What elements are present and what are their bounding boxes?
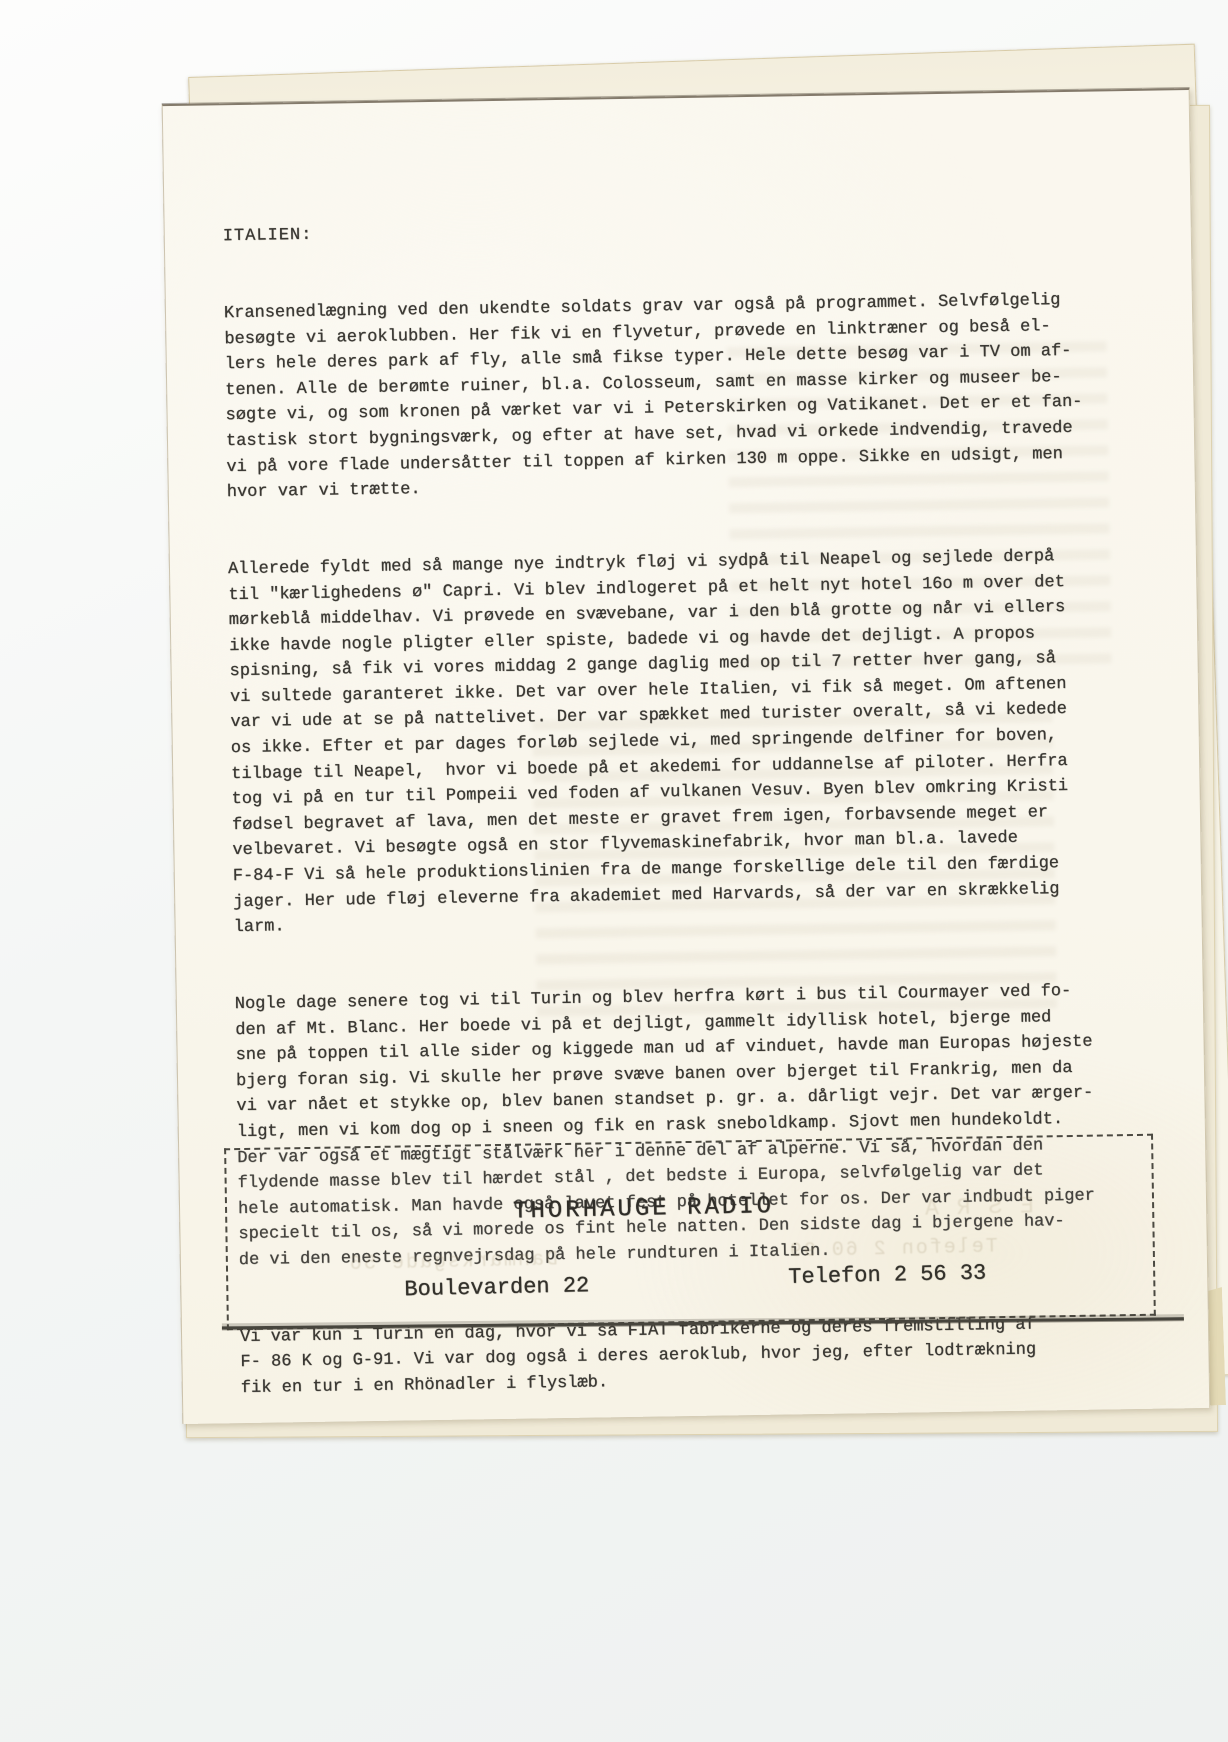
paragraph-naples-capri: Allerede fyldt med så mange nye indtryk … xyxy=(228,543,1129,941)
document-page: ITALIEN: Kransenedlægning ved den ukendt… xyxy=(162,88,1211,1424)
bleedthrough-text: Telefon 2 60 99 xyxy=(788,1235,998,1263)
advertiser-phone: Telefon 2 56 33 xyxy=(788,1261,987,1290)
advertiser-address: Boulevarden 22 xyxy=(404,1273,589,1302)
paragraph-rome: Kransenedlægning ved den ukendte soldats… xyxy=(224,287,1122,506)
page-title: ITALIEN: xyxy=(223,210,1118,250)
advertiser-name: THORHAUGE RADIO xyxy=(181,1186,1106,1232)
scanner-background: ITALIEN: Kransenedlægning ved den ukendt… xyxy=(0,0,1228,1742)
advertisement-box: E S R A Danmarksgade 56 Telefon 2 60 99 … xyxy=(224,1134,1156,1331)
bleedthrough-text: Danmarksgade 56 xyxy=(348,1248,558,1276)
advertiser-contact-row: Boulevarden 22 Telefon 2 56 33 xyxy=(228,1261,1153,1281)
